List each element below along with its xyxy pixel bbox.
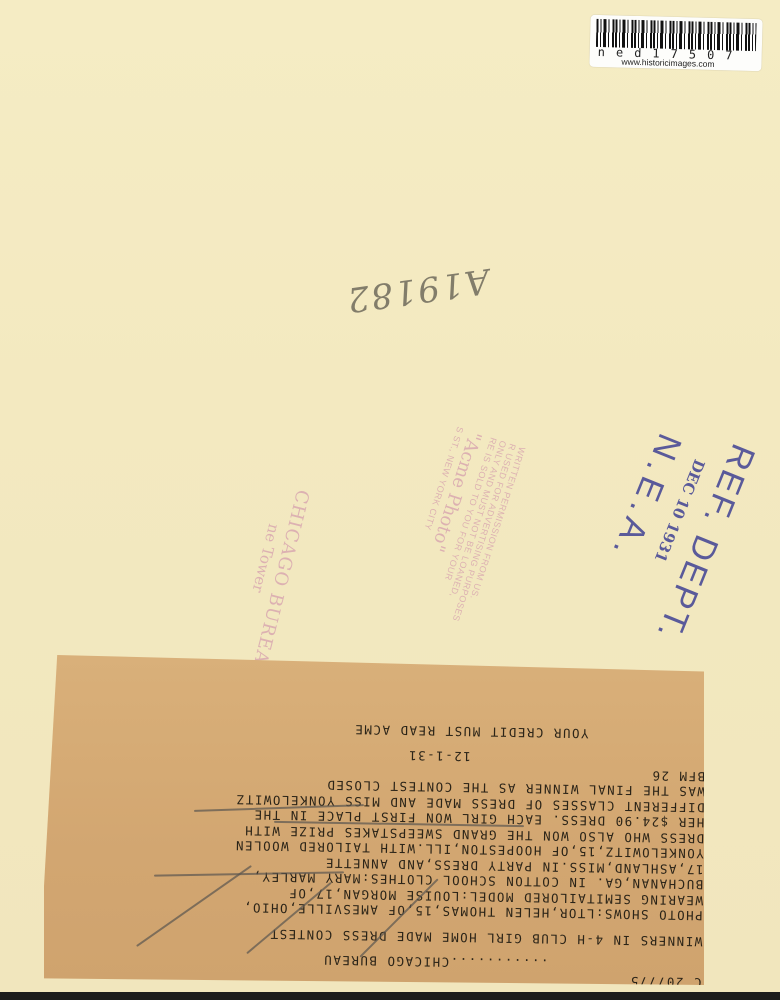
bureau-label: CHICAGO BUREAU — [323, 953, 450, 970]
barcode-label: ned17507 www.historicimages.com — [589, 15, 762, 71]
photo-back-paper: ned17507 www.historicimages.com A19182 W… — [0, 0, 780, 992]
date-value: 12-1-31 — [407, 749, 470, 765]
caption-text: C 207775 ...........CHICAGO BUREAU WINNE… — [102, 717, 706, 990]
caption-slip: C 207775 ...........CHICAGO BUREAU WINNE… — [44, 655, 704, 985]
barcode-url: www.historicimages.com — [621, 57, 714, 69]
scan-edge — [0, 992, 780, 1000]
handwritten-note: A19182 — [343, 260, 492, 320]
ref-dept-stamp: REF. DEPT. DEC 10 1931 N.E.A. — [448, 367, 762, 703]
